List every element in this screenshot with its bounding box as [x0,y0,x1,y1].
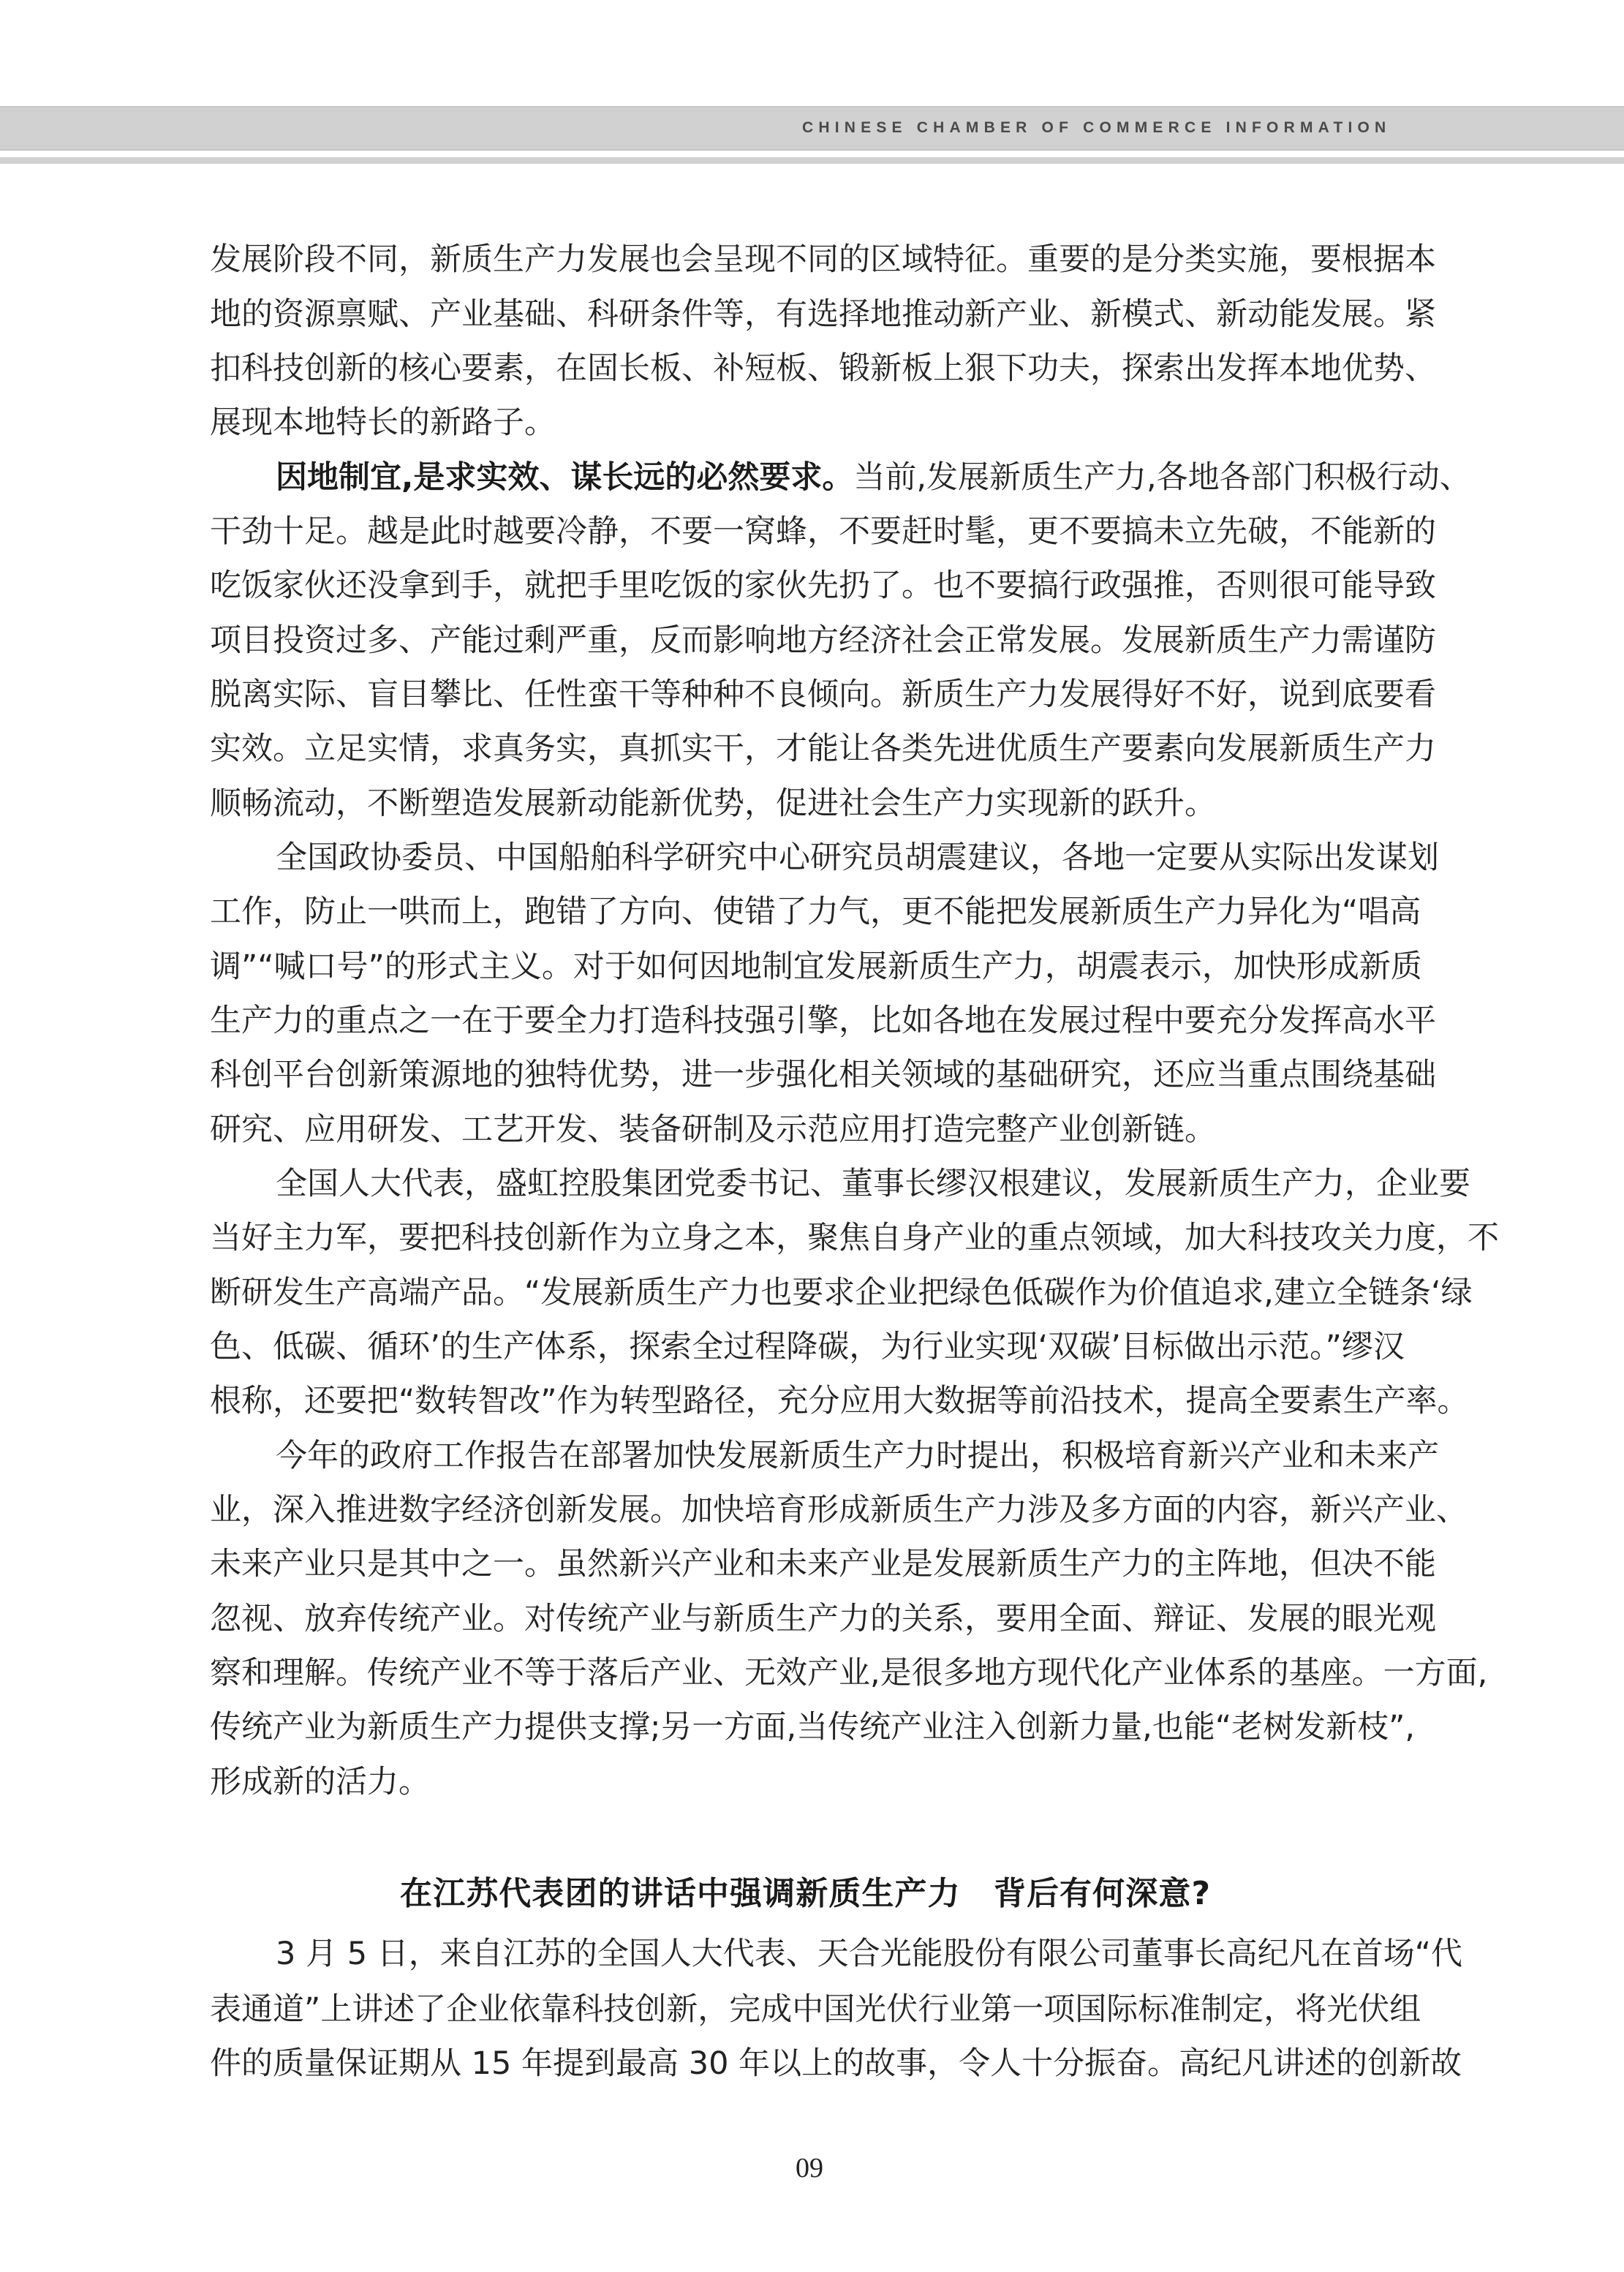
body-line: 色、低碳、循环’的生产体系，探索全过程降碳，为行业实现‘双碳’目标做出示范。”缪… [210,1325,1405,1369]
publication-title: CHINESE CHAMBER OF COMMERCE INFORMATION [802,117,1402,139]
bold-lead-sentence: 因地制宜,是求实效、谋长远的必然要求。 [276,459,853,496]
body-line: 形成新的活力。 [210,1760,1405,1804]
body-line: 生产力的重点之一在于要全力打造科技强引擎，比如各地在发展过程中要充分发挥高水平 [210,999,1405,1043]
body-line: 断研发生产高端产品。“发展新质生产力也要求企业把绿色低碳作为价值追求,建立全链条… [210,1271,1405,1315]
body-line: 项目投资过多、产能过剩严重，反而影响地方经济社会正常发展。发展新质生产力需谨防 [210,619,1405,663]
body-line: 实效。立足实情，求真务实，真抓实干，才能让各类先进优质生产要素向发展新质生产力 [210,727,1405,771]
body-line-with-lead: 因地制宜,是求实效、谋长远的必然要求。当前,发展新质生产力,各地各部门积极行动、 [276,456,1405,499]
body-line: 传统产业为新质生产力提供支撑;另一方面,当传统产业注入创新力量,也能“老树发新枝… [210,1705,1405,1749]
body-line: 调”“喊口号”的形式主义。对于如何因地制宜发展新质生产力，胡震表示，加快形成新质 [210,945,1405,989]
section-heading: 在江苏代表团的讲话中强调新质生产力 背后有何深意? [400,1872,1210,1916]
page-number: 09 [796,2150,823,2186]
body-line: 今年的政府工作报告在部署加快发展新质生产力时提出，积极培育新兴产业和未来产 [276,1434,1405,1478]
body-line: 顺畅流动，不断塑造发展新动能新优势，促进社会生产力实现新的跃升。 [210,782,1405,826]
body-line: 业，深入推进数字经济创新发展。加快培育形成新质生产力涉及多方面的内容，新兴产业、 [210,1488,1405,1532]
body-line: 根称，还要把“数转智改”作为转型路径，充分应用大数据等前沿技术，提高全要素生产率… [210,1379,1405,1423]
body-line: 干劲十足。越是此时越要冷静，不要一窝蜂，不要赶时髦，更不要搞未立先破，不能新的 [210,510,1405,554]
body-line-text: 当前,发展新质生产力,各地各部门积极行动、 [853,459,1470,496]
body-line: 发展阶段不同，新质生产力发展也会呈现不同的区域特征。重要的是分类实施，要根据本 [210,238,1405,282]
body-line: 当好主力军，要把科技创新作为立身之本，聚焦自身产业的重点领域，加大科技攻关力度，… [210,1216,1405,1260]
body-line: 地的资源禀赋、产业基础、科研条件等，有选择地推动新产业、新模式、新动能发展。紧 [210,293,1405,336]
body-line: 全国政协委员、中国船舶科学研究中心研究员胡震建议，各地一定要从实际出发谋划 [276,836,1405,880]
body-line: 脱离实际、盲目攀比、任性蛮干等种种不良倾向。新质生产力发展得好不好，说到底要看 [210,673,1405,717]
body-line: 3 月 5 日，来自江苏的全国人大代表、天合光能股份有限公司董事长高纪凡在首场“… [276,1932,1405,1976]
body-line: 研究、应用研发、工艺开发、装备研制及示范应用打造完整产业创新链。 [210,1108,1405,1152]
header-band-underline [0,157,1624,164]
body-line: 扣科技创新的核心要素，在固长板、补短板、锻新板上狠下功夫，探索出发挥本地优势、 [210,347,1405,390]
body-line: 全国人大代表，盛虹控股集团党委书记、董事长缪汉根建议，发展新质生产力，企业要 [276,1162,1405,1206]
body-line: 吃饭家伙还没拿到手，就把手里吃饭的家伙先扔了。也不要搞行政强推，否则很可能导致 [210,564,1405,608]
body-line: 件的质量保证期从 15 年提到最高 30 年以上的故事，令人十分振奋。高纪凡讲述… [210,2042,1405,2086]
body-line: 未来产业只是其中之一。虽然新兴产业和未来产业是发展新质生产力的主阵地，但决不能 [210,1542,1405,1586]
body-line: 科创平台创新策源地的独特优势，进一步强化相关领域的基础研究，还应当重点围绕基础 [210,1053,1405,1097]
body-line: 忽视、放弃传统产业。对传统产业与新质生产力的关系，要用全面、辩证、发展的眼光观 [210,1597,1405,1641]
body-line: 工作，防止一哄而上，跑错了方向、使错了力气，更不能把发展新质生产力异化为“唱高 [210,890,1405,934]
body-line: 展现本地特长的新路子。 [210,401,1405,445]
body-line: 表通道”上讲述了企业依靠科技创新，完成中国光伏行业第一项国际标准制定，将光伏组 [210,1988,1405,2031]
body-line: 察和理解。传统产业不等于落后产业、无效产业,是很多地方现代化产业体系的基座。一方… [210,1651,1405,1695]
